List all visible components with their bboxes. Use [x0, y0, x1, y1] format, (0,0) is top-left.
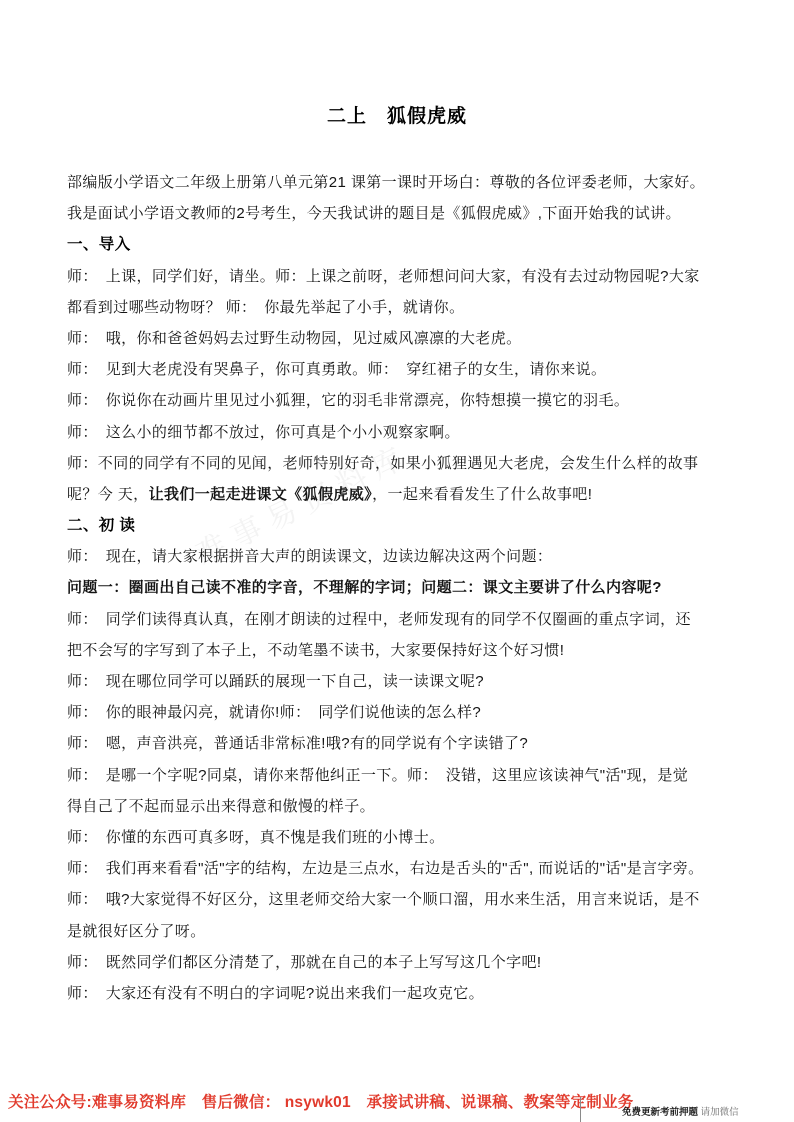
footer-promo-text: 关注公众号:难事易资料库 售后微信： nsywk01 承接试讲稿、说课稿、教案等… — [8, 1090, 633, 1112]
text-segment: 师： 你懂的东西可真多呀，真不愧是我们班的小博士。 — [67, 829, 445, 846]
footer-note-secondary: 请加微信 — [701, 1107, 739, 1118]
text-segment: 师： 你的眼神最闪亮，就请你!师： 同学们说他读的怎么样? — [67, 704, 481, 721]
text-line: 师： 这么小的细节都不放过，你可真是个小小观察家啊。 — [67, 417, 735, 448]
text-segment: 师： 是哪一个字呢?同桌，请你来帮他纠正一下。师： 没错，这里应该读神气"活"现… — [67, 767, 688, 784]
text-line: 师： 哦，你和爸爸妈妈去过野生动物园，见过威风凛凛的大老虎。 — [67, 323, 735, 354]
text-line: 我是面试小学语文教师的2号考生，今天我试讲的题目是《狐假虎威》,下面开始我的试讲… — [67, 198, 735, 229]
text-segment: 师： 这么小的细节都不放过，你可真是个小小观察家啊。 — [67, 424, 460, 441]
text-line: 师： 你说你在动画片里见过小狐狸，它的羽毛非常漂亮，你特想摸一摸它的羽毛。 — [67, 385, 735, 416]
text-segment: 师： 嗯，声音洪亮，普通话非常标准!哦?有的同学说有个字读错了? — [67, 735, 528, 752]
text-line: 师： 既然同学们都区分清楚了，那就在自己的本子上写写这几个字吧! — [67, 947, 735, 978]
text-line: 师： 上课，同学们好，请坐。师：上课之前呀，老师想问问大家，有没有去过动物园呢?… — [67, 261, 735, 292]
text-segment: ，一起来看看发生了什么故事吧! — [372, 486, 592, 503]
text-line: 师： 嗯，声音洪亮，普通话非常标准!哦?有的同学说有个字读错了? — [67, 728, 735, 759]
text-segment: 师： 哦，你和爸爸妈妈去过野生动物园，见过威风凛凛的大老虎。 — [67, 330, 522, 347]
section-heading: 二、初 读 — [67, 510, 735, 541]
text-line: 师： 你懂的东西可真多呀，真不愧是我们班的小博士。 — [67, 822, 735, 853]
bold-text-segment: 问题一：圈画出自己读不准的字音，不理解的字词；问题二：课文主要讲了什么内容呢? — [67, 579, 662, 596]
text-line: 师： 见到大老虎没有哭鼻子，你可真勇敢。师： 穿红裙子的女生，请你来说。 — [67, 354, 735, 385]
footer-divider — [580, 1097, 581, 1122]
text-segment: 师： 同学们读得真认真，在刚才朗读的过程中，老师发现有的同学不仅圈画的重点字词，… — [67, 611, 691, 628]
text-segment: 师：不同的同学有不同的见闻，老师特别好奇，如果小狐狸遇见大老虎，会发生什么样的故… — [67, 455, 698, 472]
text-segment: 师： 既然同学们都区分清楚了，那就在自己的本子上写写这几个字吧! — [67, 954, 541, 971]
document-title: 二上 狐假虎威 — [0, 101, 794, 128]
text-line: 把不会写的字写到了本子上，不动笔墨不读书，大家要保持好这个好习惯! — [67, 635, 735, 666]
text-segment: 师： 我们再来看看"活"字的结构，左边是三点水，右边是舌头的"舌", 而说话的"… — [67, 860, 704, 877]
bold-text-segment: 一、导入 — [67, 236, 131, 253]
text-segment: 师： 现在哪位同学可以踊跃的展现一下自己，读一读课文呢? — [67, 673, 484, 690]
text-line: 得自己了不起而显示出来得意和傲慢的样子。 — [67, 791, 735, 822]
text-segment: 我是面试小学语文教师的2号考生，今天我试讲的题目是《狐假虎威》,下面开始我的试讲… — [67, 205, 681, 222]
text-line: 问题一：圈画出自己读不准的字音，不理解的字词；问题二：课文主要讲了什么内容呢? — [67, 572, 735, 603]
bold-text-segment: 二、初 读 — [67, 517, 135, 534]
text-segment: 得自己了不起而显示出来得意和傲慢的样子。 — [67, 798, 375, 815]
text-line: 都看到过哪些动物呀？ 师： 你最先举起了小手，就请你。 — [67, 292, 735, 323]
text-segment: 师： 大家还有没有不明白的字词呢?说出来我们一起攻克它。 — [67, 985, 484, 1002]
text-segment: 师： 见到大老虎没有哭鼻子，你可真勇敢。师： 穿红裙子的女生，请你来说。 — [67, 361, 606, 378]
text-line: 师：不同的同学有不同的见闻，老师特别好奇，如果小狐狸遇见大老虎，会发生什么样的故… — [67, 448, 735, 479]
text-segment: 都看到过哪些动物呀？ 师： 你最先举起了小手，就请你。 — [67, 299, 464, 316]
footer-note: 免费更新考前押题 请加微信 — [622, 1104, 739, 1118]
text-segment: 师： 哦?大家觉得不好区分，这里老师交给大家一个顺口溜，用水来生活，用言来说话，… — [67, 891, 700, 908]
text-segment: 师： 上课，同学们好，请坐。师：上课之前呀，老师想问问大家，有没有去过动物园呢?… — [67, 268, 700, 285]
text-line: 师： 现在哪位同学可以踊跃的展现一下自己，读一读课文呢? — [67, 666, 735, 697]
text-segment: 师： 你说你在动画片里见过小狐狸，它的羽毛非常漂亮，你特想摸一摸它的羽毛。 — [67, 392, 629, 409]
text-line: 师： 哦?大家觉得不好区分，这里老师交给大家一个顺口溜，用水来生活，用言来说话，… — [67, 884, 735, 915]
text-segment: 师： 现在，请大家根据拼音大声的朗读课文，边读边解决这两个问题： — [67, 548, 552, 565]
text-segment: 呢？今 天， — [67, 486, 149, 503]
footer-note-primary: 免费更新考前押题 — [622, 1107, 698, 1118]
text-segment: 是就很好区分了呀。 — [67, 923, 206, 940]
document-body: 部编版小学语文二年级上册第八单元第21 课第一课时开场白：尊敬的各位评委老师，大… — [67, 167, 735, 1009]
text-line: 师： 现在，请大家根据拼音大声的朗读课文，边读边解决这两个问题： — [67, 541, 735, 572]
text-line: 师： 同学们读得真认真，在刚才朗读的过程中，老师发现有的同学不仅圈画的重点字词，… — [67, 604, 735, 635]
text-line: 是就很好区分了呀。 — [67, 916, 735, 947]
text-line: 师： 大家还有没有不明白的字词呢?说出来我们一起攻克它。 — [67, 978, 735, 1009]
text-line: 师： 是哪一个字呢?同桌，请你来帮他纠正一下。师： 没错，这里应该读神气"活"现… — [67, 760, 735, 791]
text-line: 师： 你的眼神最闪亮，就请你!师： 同学们说他读的怎么样? — [67, 697, 735, 728]
document-page: 二上 狐假虎威 难事易资料库 部编版小学语文二年级上册第八单元第21 课第一课时… — [0, 0, 794, 1122]
text-line: 部编版小学语文二年级上册第八单元第21 课第一课时开场白：尊敬的各位评委老师，大… — [67, 167, 735, 198]
text-segment: 把不会写的字写到了本子上，不动笔墨不读书，大家要保持好这个好习惯! — [67, 642, 564, 659]
section-heading: 一、导入 — [67, 229, 735, 260]
text-line: 呢？今 天，让我们一起走进课文《狐假虎威》，一起来看看发生了什么故事吧! — [67, 479, 735, 510]
text-line: 师： 我们再来看看"活"字的结构，左边是三点水，右边是舌头的"舌", 而说话的"… — [67, 853, 735, 884]
text-segment: 部编版小学语文二年级上册第八单元第21 课第一课时开场白：尊敬的各位评委老师，大… — [67, 174, 705, 191]
bold-text-segment: 让我们一起走进课文《狐假虎威》 — [149, 486, 373, 503]
